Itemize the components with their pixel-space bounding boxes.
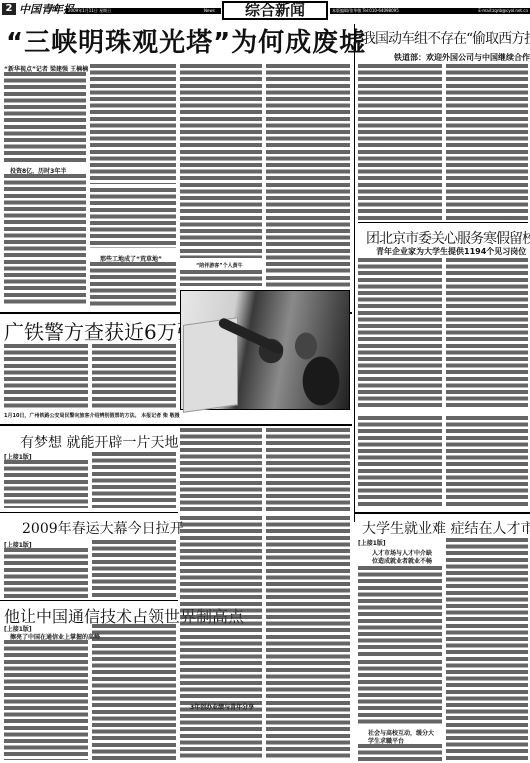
lead-body-col3b [180,270,262,286]
league-subhead: 青年企业家为大学生提供1194个见习岗位 [376,246,526,257]
telecom-body-col4 [266,516,350,760]
dream-body-col3 [180,428,262,512]
dream-top-rule [0,424,352,426]
fakes-body-col2 [92,344,176,408]
lead-body-col4 [266,64,350,274]
dream-body-col2 [92,452,176,508]
lead-body-col4b [266,276,350,288]
spring-body-col1 [4,548,88,598]
news-photo [180,290,350,410]
column-divider [354,24,355,522]
jobs-body-col2 [446,538,528,760]
dream-subhead: 3年创办业绩与青年分享 [190,702,254,711]
train-subhead: 铁道部：欢迎外国公司与中国继续合作 [394,52,530,63]
lead-body-col2b [90,188,176,248]
news-tag: News [204,8,215,13]
jobs-subhead-2: 位造成就业者就业不畅 [372,556,432,565]
lead-body-col1a [4,72,86,164]
page-number: 2 [2,3,16,15]
fakes-body-col1 [4,344,88,408]
jobs-headline: 大学生就业难 症结在人才市场缺位 [362,518,530,538]
dream-body-col4 [266,428,350,512]
train-body-col2 [446,64,528,220]
masthead: 2 中国青年报 //// 2009年1月11日 星期日 News 综合新闻 本版… [0,0,530,22]
lead-subhead-3: “陪伴游客”个人黄牛 [196,262,243,269]
dream-body-col1 [4,460,88,508]
date-bar: 2009年1月11日 星期日 [66,8,221,14]
league-body-col2 [446,258,528,410]
email-line: E-mail:zqnb@cyol.net.cn [476,8,528,14]
spring-top-rule [0,512,178,513]
jobs-body-col1b [358,660,442,724]
spring-headline: 2009年春运大幕今日拉开 [22,518,184,538]
jobs-body-col1 [358,566,442,656]
section-title: 综合新闻 [222,1,328,20]
editor-bar: 本版编辑/张华敏 Tel:010-64098095 E-mail:zqnb@cy… [330,8,530,14]
lead-body-col3 [180,64,262,258]
train-body-col1 [358,64,442,220]
telecom-body-col1 [4,640,88,760]
dream-headline: 有梦想 就能开辟一片天地 [20,432,178,452]
lead-body-col1b [4,174,86,306]
league-headline: 团北京市委关心服务寒假留校大学生 [366,228,530,248]
telecom-top-rule [0,600,178,601]
jobs-top-rule [354,512,530,514]
league-body-col1b [358,416,442,508]
train-headline: 我国动车组不存在“偷取西方技术” [362,28,530,48]
league-body-col1 [358,258,442,410]
train-divider [358,222,528,223]
spring-body-col2 [92,540,176,598]
photo-caption: 1月10日，广州铁路公安局民警向旅客介绍辨别假票的方法。 本报记者 柴 敬摄 [4,412,180,419]
league-body-col2b [446,416,528,508]
date-line: 2009年1月11日 星期日 [66,8,221,14]
decorative-slashes: //// [50,4,58,13]
telecom-body-col3 [180,516,262,760]
lead-headline: “三峡明珠观光塔”为何成废墟 [6,22,366,59]
lead-body-col2a [90,64,176,184]
telecom-body-col2 [92,624,176,760]
jobs-body-col1c [358,744,442,762]
jobs-tag: [上接1版] [358,538,386,547]
lead-body-col2c [90,262,176,306]
